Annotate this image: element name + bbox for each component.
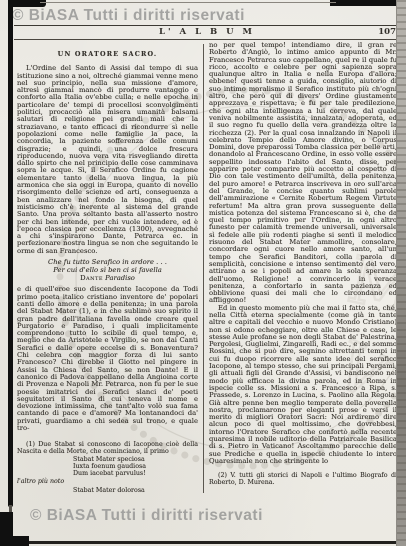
right-paragraph-2: Ed in questo momento più che mai il fatt… xyxy=(209,305,397,466)
quote-attribution-work: Paradiso xyxy=(103,274,135,282)
copyright-watermark-top: © BiASA Tutti i diritti riservati xyxy=(12,7,245,25)
stabat-speciosa-line-1: Stabat Mater speciosa xyxy=(17,456,198,463)
page-number: 107 xyxy=(378,27,396,37)
right-column: no per quel tempo! intendiamo dire, il g… xyxy=(209,42,397,494)
column-divider-rule xyxy=(203,44,204,493)
footnote-1-intro: (1) Due Stabat si conoscono di Iacopone … xyxy=(17,441,198,455)
right-paragraph-1: no per quel tempo! intendiamo dire, il g… xyxy=(209,42,397,305)
page-header: L' A L B U M 107 xyxy=(14,25,400,40)
journal-title: L' A L B U M xyxy=(14,27,400,37)
scan-edge-bottom-left-foot xyxy=(0,536,29,546)
stabat-speciosa-line-2: Iuxta foenum gaudiosa xyxy=(17,463,198,470)
footnote-1: (1) Due Stabat si conoscono di Iacopone … xyxy=(17,441,198,493)
left-paragraph-2: e di quell'eroe suo discendente Iacopone… xyxy=(17,286,198,432)
stabat-dolorosa-line-1: Stabat Mater dolorosa xyxy=(17,487,198,493)
dante-quote: Che fu tutto Serafico in ardore . . . Pe… xyxy=(17,259,198,282)
stabat-speciosa-line-3: Dum iacebat parvulus! xyxy=(17,470,198,477)
article-title: UN ORATORE SACRO. xyxy=(17,51,198,58)
header-rule-bottom xyxy=(14,39,400,40)
scan-edge-bottom xyxy=(8,541,400,544)
scan-edge-left xyxy=(8,4,13,507)
left-paragraph-1: L'Ordine del Santo di Assisi dal tempo d… xyxy=(17,65,198,255)
scan-edge-top-line xyxy=(40,2,336,3)
footnote-1-between: l'altro più noto xyxy=(17,478,198,485)
footnote-2: (2) V. tutti gli storici di Napoli e l'u… xyxy=(209,472,397,486)
quote-attribution-name: Dante xyxy=(80,274,103,282)
scan-gutter-right xyxy=(396,0,406,546)
scan-edge-top-right xyxy=(330,0,406,6)
quote-attribution: Dante Paradiso xyxy=(17,275,198,283)
scanned-journal-page: M V © BiASA Tutti i diritti riservati © … xyxy=(0,0,406,546)
left-column: UN ORATORE SACRO. L'Ordine del Santo di … xyxy=(17,47,198,493)
copyright-watermark-bottom: © BiASA Tutti i diritti riservati xyxy=(30,507,263,525)
